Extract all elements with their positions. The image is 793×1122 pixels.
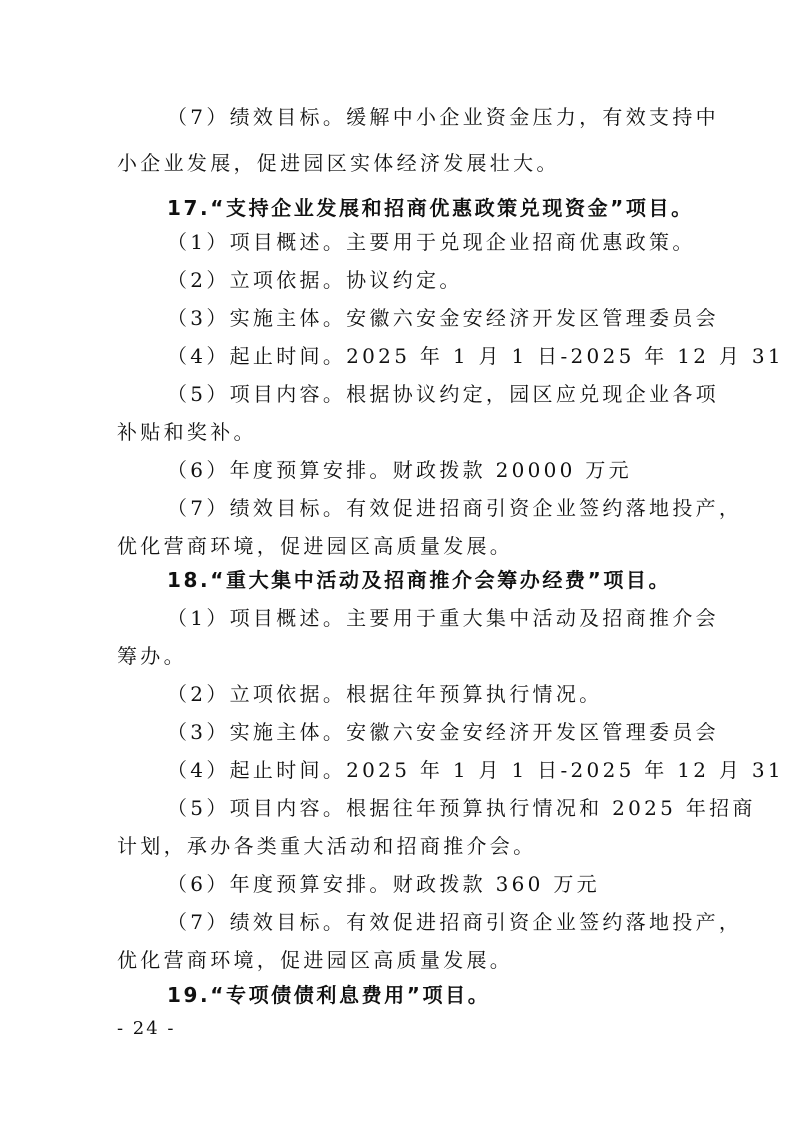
section-heading-17: 17.“支持企业发展和招商优惠政策兑现资金”项目。 bbox=[167, 194, 694, 222]
paragraph-line: （2）立项依据。根据往年预算执行情况。 bbox=[167, 680, 602, 708]
paragraph-line: （7）绩效目标。有效促进招商引资企业签约落地投产， bbox=[167, 494, 742, 522]
paragraph-line: 筹办。 bbox=[117, 642, 187, 670]
paragraph-line: （6）年度预算安排。财政拨款 360 万元 bbox=[167, 870, 600, 898]
section-heading-19: 19.“专项债债利息费用”项目。 bbox=[167, 981, 490, 1009]
paragraph-line: （3）实施主体。安徽六安金安经济开发区管理委员会 bbox=[167, 304, 719, 332]
paragraph-line: （5）项目内容。根据往年预算执行情况和 2025 年招商 bbox=[167, 794, 756, 822]
document-page: （7）绩效目标。缓解中小企业资金压力，有效支持中 小企业发展，促进园区实体经济发… bbox=[0, 0, 793, 1122]
paragraph-line: （3）实施主体。安徽六安金安经济开发区管理委员会 bbox=[167, 718, 719, 746]
paragraph-line: 优化营商环境，促进园区高质量发展。 bbox=[117, 532, 513, 560]
section-heading-18: 18.“重大集中活动及招商推介会筹办经费”项目。 bbox=[167, 566, 671, 594]
paragraph-line: 优化营商环境，促进园区高质量发展。 bbox=[117, 946, 513, 974]
paragraph-line: （4）起止时间。2025 年 1 月 1 日-2025 年 12 月 31 日 bbox=[167, 756, 793, 784]
page-number: - 24 - bbox=[117, 1017, 176, 1041]
paragraph-line: （7）绩效目标。缓解中小企业资金压力，有效支持中 bbox=[167, 103, 719, 131]
paragraph-line: 补贴和奖补。 bbox=[117, 418, 257, 446]
paragraph-line: 计划，承办各类重大活动和招商推介会。 bbox=[117, 832, 536, 860]
paragraph-line: （5）项目内容。根据协议约定，园区应兑现企业各项 bbox=[167, 380, 719, 408]
paragraph-line: （6）年度预算安排。财政拨款 20000 万元 bbox=[167, 456, 632, 484]
paragraph-line: （4）起止时间。2025 年 1 月 1 日-2025 年 12 月 31 日 bbox=[167, 342, 793, 370]
paragraph-line: （1）项目概述。主要用于重大集中活动及招商推介会 bbox=[167, 604, 719, 632]
paragraph-line: （2）立项依据。协议约定。 bbox=[167, 266, 463, 294]
paragraph-line: （1）项目概述。主要用于兑现企业招商优惠政策。 bbox=[167, 228, 696, 256]
paragraph-line: （7）绩效目标。有效促进招商引资企业签约落地投产， bbox=[167, 908, 742, 936]
paragraph-line: 小企业发展，促进园区实体经济发展壮大。 bbox=[117, 149, 560, 177]
